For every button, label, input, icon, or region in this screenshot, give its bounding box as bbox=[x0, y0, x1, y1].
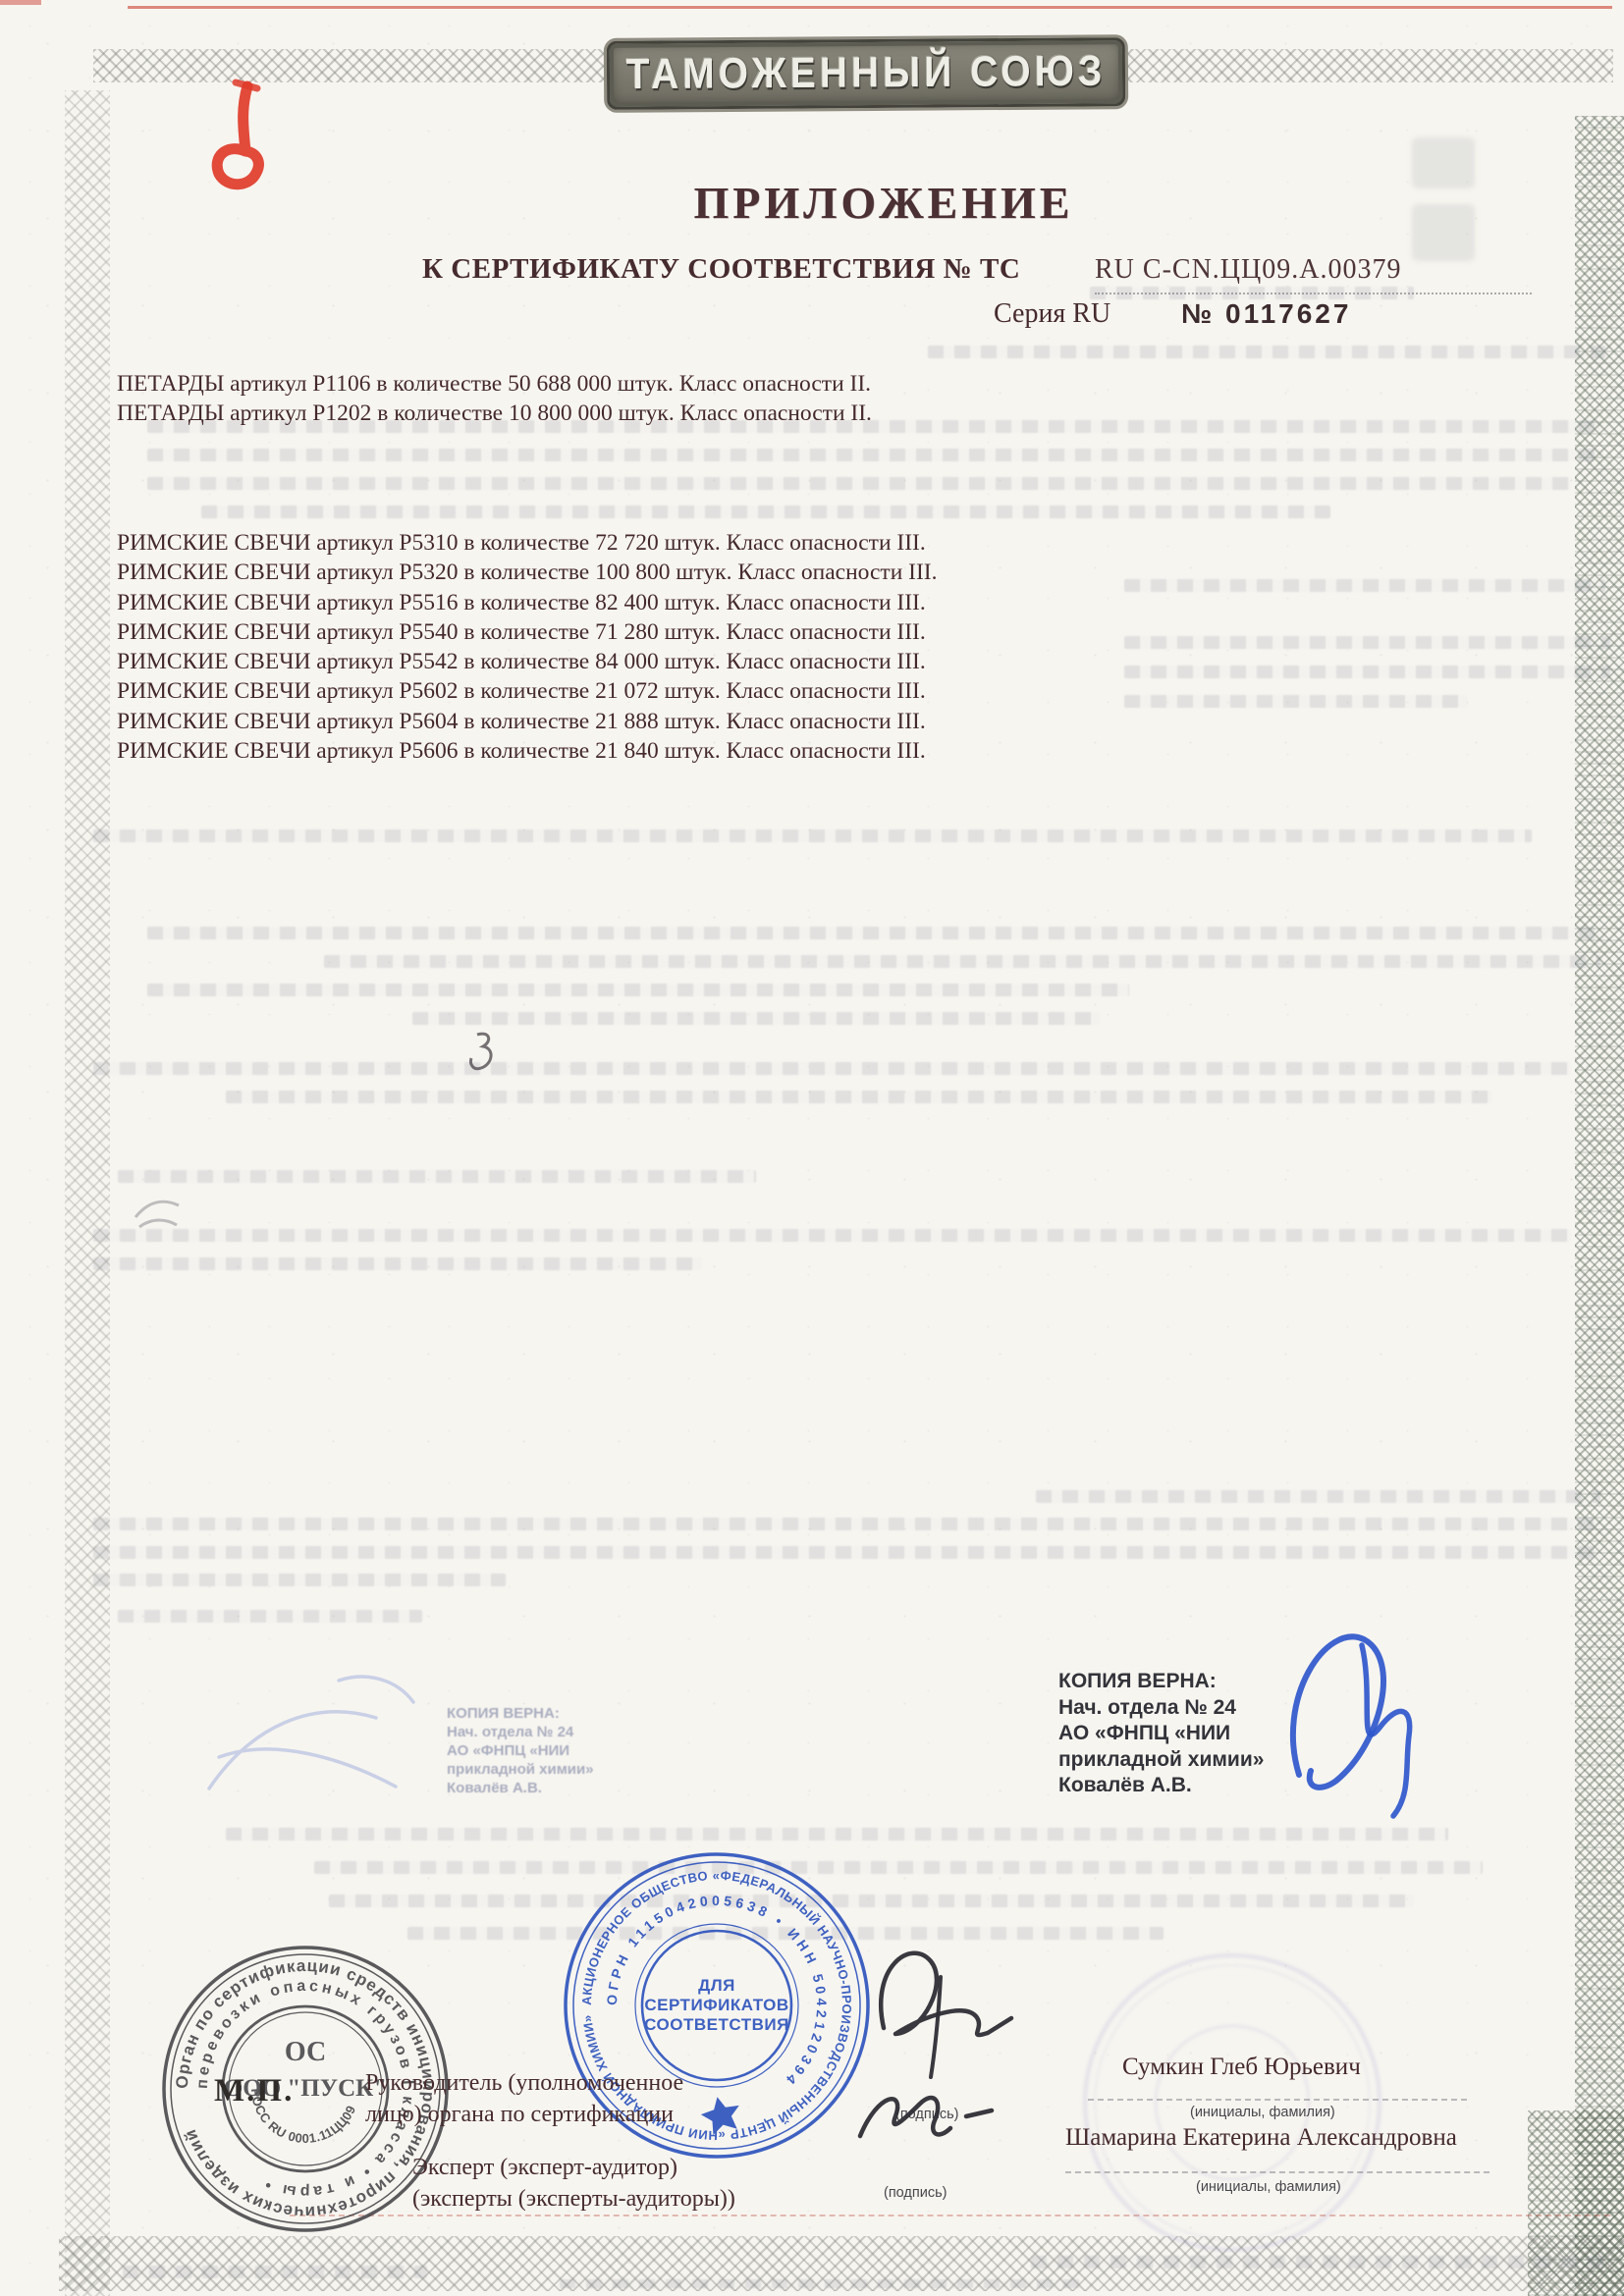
blue-stamp-center-line1: ДЛЯ bbox=[698, 1976, 735, 1995]
product-line: ПЕТАРДЫ артикул Р1202 в количестве 10 80… bbox=[117, 399, 872, 428]
bleed-through-line bbox=[314, 1861, 1483, 1874]
ink-doodle bbox=[463, 1029, 503, 1078]
bleed-through-blob bbox=[1412, 137, 1475, 188]
expert-name: Шамарина Екатерина Александровна bbox=[1065, 2124, 1457, 2152]
bleed-through-line bbox=[1124, 636, 1610, 649]
product-line: РИМСКИЕ СВЕЧИ артикул Р5320 в количестве… bbox=[117, 558, 938, 587]
copy-verna-line: АО «ФНПЦ «НИИ bbox=[1058, 1721, 1264, 1747]
copy-verna-bleed-ghost: КОПИЯ ВЕРНА: Нач. отдела № 24 АО «ФНПЦ «… bbox=[447, 1704, 594, 1797]
copy-verna-line: Нач. отдела № 24 bbox=[1058, 1695, 1264, 1722]
red-dashed-form-line bbox=[290, 2215, 1610, 2216]
top-left-red-mark bbox=[0, 0, 41, 5]
bleed-through-line bbox=[93, 829, 1532, 842]
bleed-through-line bbox=[226, 1828, 1448, 1841]
product-line: РИМСКИЕ СВЕЧИ артикул Р5602 в количестве… bbox=[117, 676, 938, 706]
bleed-through-line bbox=[1124, 695, 1468, 708]
bleed-through-line bbox=[1036, 1490, 1600, 1503]
right-guilloche-band bbox=[1575, 116, 1624, 2296]
bleed-through-line bbox=[118, 1610, 422, 1623]
product-list-petardy: ПЕТАРДЫ артикул Р1106 в количестве 50 68… bbox=[117, 369, 872, 429]
product-list-rimskie-svechi: РИМСКИЕ СВЕЧИ артикул Р5310 в количестве… bbox=[117, 528, 938, 766]
product-line: РИМСКИЕ СВЕЧИ артикул Р5540 в количестве… bbox=[117, 617, 938, 647]
bleed-through-line bbox=[226, 1091, 1492, 1103]
bleed-through-line bbox=[93, 1229, 1571, 1242]
signature-caption-expert: (подпись) bbox=[884, 2185, 947, 2201]
bleed-through-line bbox=[201, 506, 1330, 518]
copy-verna-line: прикладной химии» bbox=[1058, 1747, 1264, 1774]
name-caption-expert: (инициалы, фамилия) bbox=[1196, 2179, 1341, 2195]
bleed-through-line bbox=[93, 1574, 506, 1586]
bleed-through-blob bbox=[1412, 204, 1475, 261]
copy-verna-line: Ковалёв А.В. bbox=[1058, 1773, 1264, 1799]
customs-union-plate: ТАМОЖЕННЫЙ СОЮЗ bbox=[607, 37, 1125, 110]
role-head-label: Руководитель (уполномоченное лицо) орган… bbox=[365, 2067, 683, 2130]
product-line: РИМСКИЕ СВЕЧИ артикул Р5516 в количестве… bbox=[117, 588, 938, 617]
name-caption-head: (инициалы, фамилия) bbox=[1190, 2105, 1335, 2120]
black-stamp-os: ОС bbox=[285, 2037, 326, 2067]
mp-seal-placeholder: М.П. bbox=[214, 2073, 294, 2109]
bleed-through-line bbox=[412, 1012, 1100, 1025]
bleed-through-line bbox=[928, 346, 1605, 358]
page-title: ПРИЛОЖЕНИЕ bbox=[687, 177, 1080, 229]
bleed-through-line bbox=[1124, 579, 1605, 592]
series-number: № 0117627 bbox=[1181, 298, 1351, 330]
bleed-through-line bbox=[93, 1062, 1571, 1075]
head-name: Сумкин Глеб Юрьевич bbox=[1122, 2054, 1361, 2081]
blue-pen-signature bbox=[1262, 1608, 1468, 1829]
product-line: РИМСКИЕ СВЕЧИ артикул Р5310 в количестве… bbox=[117, 528, 938, 558]
scanned-certificate-page: { "page": { "bg": "#f7f5f0", "ink_color"… bbox=[0, 0, 1624, 2296]
bleed-through-line bbox=[147, 984, 1129, 996]
product-line: РИМСКИЕ СВЕЧИ артикул Р5606 в количестве… bbox=[117, 736, 938, 766]
customs-union-label: ТАМОЖЕННЫЙ СОЮЗ bbox=[625, 48, 1106, 100]
fill-line bbox=[1065, 2171, 1489, 2173]
ink-smudge bbox=[128, 1178, 187, 1237]
role-expert-label: Эксперт (эксперт-аудитор) (эксперты (экс… bbox=[412, 2152, 735, 2215]
bleed-through-line bbox=[147, 927, 1605, 939]
certificate-number: RU С-CN.ЦЦ09.А.00379 bbox=[1095, 254, 1401, 286]
bleed-through-line bbox=[147, 449, 1600, 461]
product-line: РИМСКИЕ СВЕЧИ артикул Р5542 в количестве… bbox=[117, 647, 938, 676]
certificate-line-label: К СЕРТИФИКАТУ СООТВЕТСТВИЯ № ТС bbox=[422, 253, 1020, 286]
red-handwritten-mark bbox=[187, 77, 295, 194]
product-line: ПЕТАРДЫ артикул Р1106 в количестве 50 68… bbox=[117, 369, 872, 399]
copy-verna-line: КОПИЯ ВЕРНА: bbox=[1058, 1669, 1264, 1695]
left-guilloche-band bbox=[65, 90, 110, 2296]
bleed-through-line bbox=[147, 477, 1571, 490]
bleed-through-line bbox=[123, 2266, 427, 2278]
bleed-through-line bbox=[93, 1546, 1600, 1559]
copy-verna-block: КОПИЯ ВЕРНА: Нач. отдела № 24 АО «ФНПЦ «… bbox=[1058, 1669, 1264, 1799]
bleed-through-line bbox=[324, 955, 1600, 968]
product-line: РИМСКИЕ СВЕЧИ артикул Р5604 в количестве… bbox=[117, 707, 938, 736]
bleed-through-line bbox=[560, 2279, 1080, 2288]
series-label: Серия RU bbox=[994, 298, 1110, 330]
blue-stamp-center-line3: СООТВЕТСТВИЯ bbox=[644, 2015, 789, 2034]
bleed-through-line bbox=[93, 1257, 702, 1270]
top-red-scan-line bbox=[128, 6, 1612, 9]
blue-stamp-center-line2: СЕРТИФИКАТОВ bbox=[644, 1996, 788, 2014]
bleed-through-line bbox=[1124, 666, 1610, 678]
stamp-bleed-ghost bbox=[1075, 1946, 1389, 2260]
expert-ink-signature bbox=[842, 2059, 1009, 2172]
bleed-through-line bbox=[93, 1518, 1600, 1530]
blue-bleed-scribble bbox=[191, 1641, 447, 1818]
fill-line bbox=[1088, 2099, 1467, 2101]
bleed-through-line bbox=[118, 1170, 756, 1183]
